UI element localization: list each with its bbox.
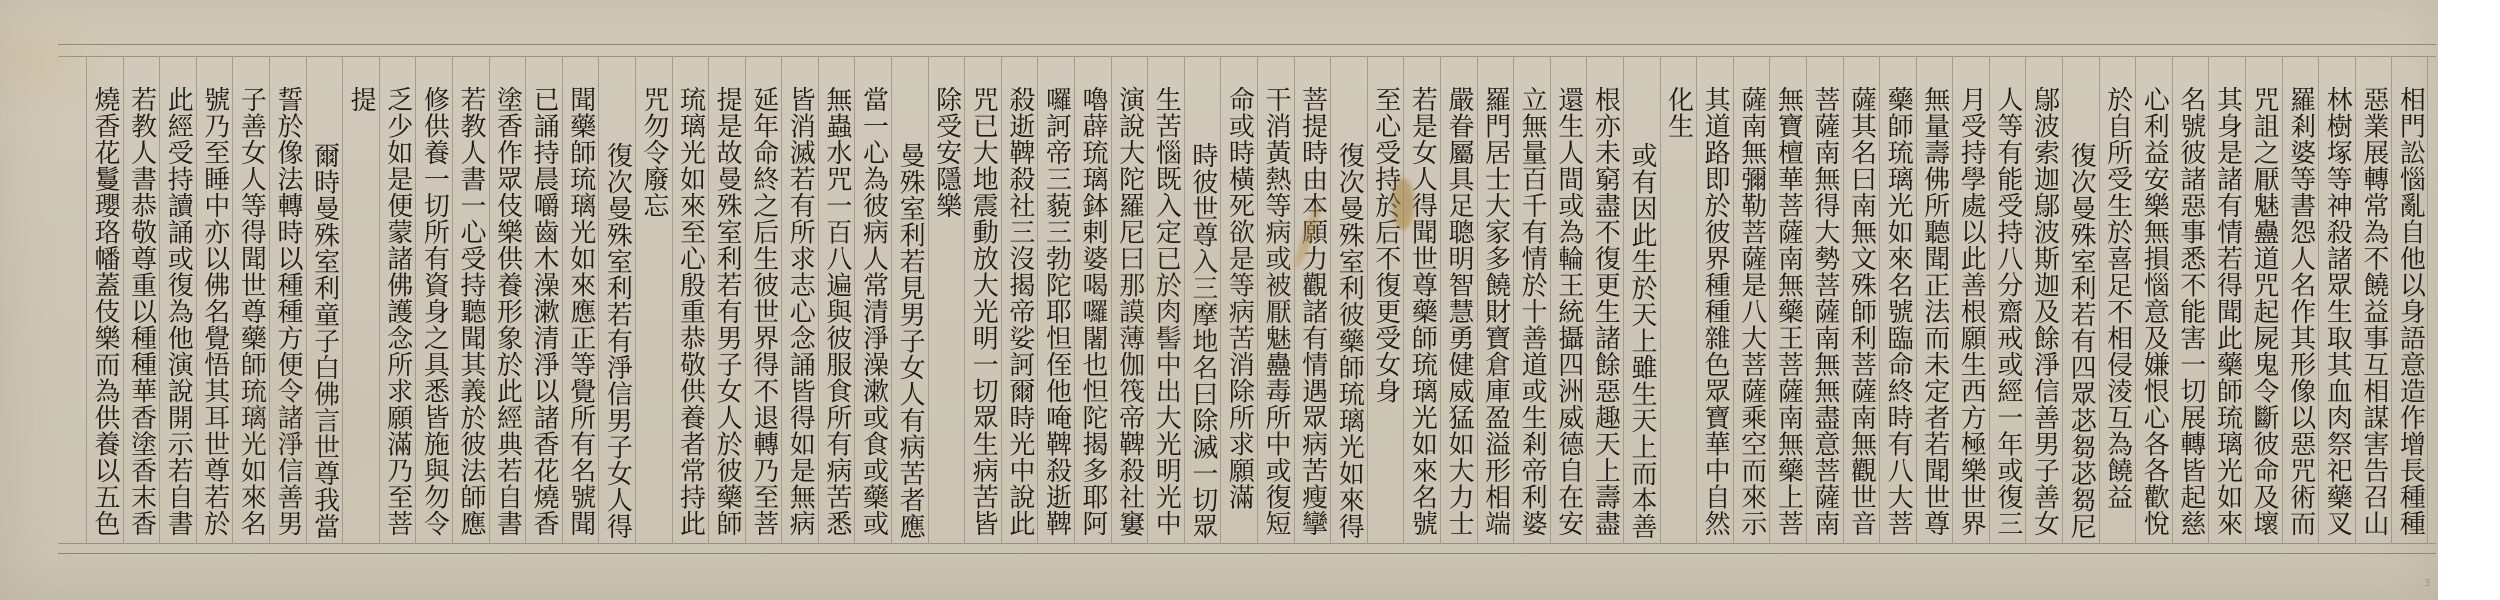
column-text: 無寶檀華菩薩南無藥王菩薩南無藥上菩 [1770, 86, 1806, 537]
text-column: 聞藥師琉璃光如來應正等覺所有名號聞 [562, 56, 599, 544]
column-text: 已誦持晨嚼齒木澡漱清淨以諸香花燒香 [526, 86, 562, 537]
column-text: 相門訟惱亂自他以身語意造作增長種種 [2392, 86, 2428, 537]
text-column: 提 [342, 56, 379, 544]
text-column: 塗香作眾伎樂供養形象於此經典若自書 [489, 56, 526, 544]
column-text: 燒香花鬘瓔珞幡蓋伎樂而為供養以五色 [87, 86, 123, 537]
column-text: 菩薩南無得大勢菩薩南無無盡意菩薩南 [1807, 86, 1843, 537]
column-text: 至心受持於后不復更受女身 [1368, 86, 1404, 404]
column-text: 命或時橫死欲是等病苦消除所求願滿 [1221, 86, 1257, 510]
page-mark: 3 [2424, 578, 2430, 589]
text-column: 或有因此生於天上雖生天上而本善 [1623, 56, 1660, 544]
column-text: 林樹塚等神殺諸眾生取其血肉祭祀藥叉 [2319, 86, 2355, 537]
manuscript-paper: 相門訟惱亂自他以身語意造作增長種種惡業展轉常為不饒益事互相謀害告召山林樹塚等神殺… [0, 0, 2438, 600]
column-text: 除受安隱樂 [929, 86, 965, 219]
text-column: 殺逝鞞殺社三沒揭帝娑訶爾時光中說此 [1001, 56, 1038, 544]
column-text: 生苦惱既入定已於肉髻中出大光明光中 [1148, 86, 1184, 537]
column-text: 當一心為彼病人常清淨澡漱或食或藥或 [855, 86, 891, 537]
text-column: 於自所受生於喜足不相侵淩互為饒益 [2099, 56, 2136, 544]
text-column: 誓於像法轉時以種種方便令諸淨信善男 [269, 56, 306, 544]
text-column: 嚴眷屬具足聰明智慧勇健威猛如大力士 [1440, 56, 1477, 544]
text-column: 除受安隱樂 [928, 56, 965, 544]
text-column: 月受持學處以此善根願生西方極樂世界 [1952, 56, 1989, 544]
text-column: 囉訶帝三藐三勃陀耶怛侄他唵鞞殺逝鞞 [1037, 56, 1074, 544]
text-column: 相門訟惱亂自他以身語意造作增長種種 [2391, 56, 2428, 544]
text-column: 至心受持於后不復更受女身 [1367, 56, 1404, 544]
column-text: 復次曼殊室利若有四眾苾芻苾芻尼 [2063, 142, 2099, 540]
column-text: 咒詛之厭魅蠱道咒起屍鬼令斷彼命及壞 [2246, 86, 2282, 537]
column-text: 號乃至睡中亦以佛名覺悟其耳世尊若於 [197, 86, 233, 537]
text-column: 咒勿令廢忘 [635, 56, 672, 544]
text-column: 薩其名曰南無文殊師利菩薩南無觀世音 [1843, 56, 1880, 544]
water-stain [1392, 178, 1414, 230]
column-text: 薩其名曰南無文殊師利菩薩南無觀世音 [1844, 86, 1880, 537]
column-text: 心利益安樂無損惱意及嫌恨心各各歡悅 [2136, 86, 2172, 537]
text-column: 林樹塚等神殺諸眾生取其血肉祭祀藥叉 [2318, 56, 2355, 544]
text-column: 菩提時由本願力觀諸有情遇眾病苦瘦攣 [1294, 56, 1331, 544]
text-column: 號乃至睡中亦以佛名覺悟其耳世尊若於 [196, 56, 233, 544]
top-border-rule-outer [58, 44, 2436, 45]
text-column: 爾時曼殊室利童子白佛言世尊我當 [306, 56, 343, 544]
text-column: 提是故曼殊室利若有男子女人於彼藥師 [708, 56, 745, 544]
ruled-frame: 相門訟惱亂自他以身語意造作增長種種惡業展轉常為不饒益事互相謀害告召山林樹塚等神殺… [58, 44, 2436, 554]
column-text: 薩南無彌勒菩薩是八大菩薩乘空而來示 [1734, 86, 1770, 537]
column-text: 咒已大地震動放大光明一切眾生病苦皆 [965, 86, 1001, 537]
text-column: 藥師琉璃光如來名號臨命終時有八大菩 [1879, 56, 1916, 544]
text-column: 立無量百千有情於十善道或生剎帝利婆 [1513, 56, 1550, 544]
text-column: 其道路即於彼界種種雜色眾寶華中自然 [1696, 56, 1733, 544]
column-text: 若教人書一心受持聽聞其義於彼法師應 [453, 86, 489, 537]
column-text: 嚴眷屬具足聰明智慧勇健威猛如大力士 [1441, 86, 1477, 537]
text-column: 羅剎婆等書怨人名作其形像以惡咒術而 [2282, 56, 2319, 544]
column-text: 藥師琉璃光如來名號臨命終時有八大菩 [1880, 86, 1916, 537]
column-text: 根亦未窮盡不復更生諸餘惡趣天上壽盡 [1587, 86, 1623, 537]
column-text: 菩提時由本願力觀諸有情遇眾病苦瘦攣 [1295, 86, 1331, 537]
column-text: 時彼世尊入三摩地名曰除滅一切眾 [1185, 142, 1221, 540]
column-text: 復次曼殊室利彼藥師琉璃光如來得 [1331, 142, 1367, 540]
column-text: 於自所受生於喜足不相侵淩互為饒益 [2100, 86, 2136, 510]
text-column: 名號彼諸惡事悉不能害一切展轉皆起慈 [2172, 56, 2209, 544]
column-text: 無量壽佛所聽聞正法而未定者若聞世尊 [1917, 86, 1953, 537]
column-text: 殺逝鞞殺社三沒揭帝娑訶爾時光中說此 [1002, 86, 1038, 537]
text-column: 咒已大地震動放大光明一切眾生病苦皆 [964, 56, 1001, 544]
column-text: 名號彼諸惡事悉不能害一切展轉皆起慈 [2173, 86, 2209, 537]
text-column: 延年命終之后生彼世界得不退轉乃至菩 [745, 56, 782, 544]
text-column: 燒香花鬘瓔珞幡蓋伎樂而為供養以五色 [86, 56, 123, 544]
column-text: 演說大陀羅尼曰那謨薄伽筏帝鞞殺社窶 [1112, 86, 1148, 537]
text-column: 干消黃熱等病或被厭魅蠱毒所中或復短 [1257, 56, 1294, 544]
column-text: 提是故曼殊室利若有男子女人於彼藥師 [709, 86, 745, 537]
column-text: 羅門居士大家多饒財寶倉庫盈溢形相端 [1478, 86, 1514, 537]
column-text: 其身是諸有情若得聞此藥師琉璃光如來 [2209, 86, 2245, 537]
text-column: 化生 [1660, 56, 1697, 544]
column-text: 聞藥師琉璃光如來應正等覺所有名號聞 [563, 86, 599, 537]
column-text: 若是女人得聞世尊藥師琉璃光如來名號 [1404, 86, 1440, 537]
text-column: 復次曼殊室利若有淨信男子女人得 [598, 56, 635, 544]
text-column: 乏少如是便蒙諸佛護念所求願滿乃至菩 [379, 56, 416, 544]
column-text: 鄔波索迦鄔波斯迦及餘淨信善男子善女 [2026, 86, 2062, 537]
column-text: 塗香作眾伎樂供養形象於此經典若自書 [490, 86, 526, 537]
text-column: 演說大陀羅尼曰那謨薄伽筏帝鞞殺社窶 [1111, 56, 1148, 544]
column-text: 月受持學處以此善根願生西方極樂世界 [1953, 86, 1989, 537]
text-column: 若教人書恭敬尊重以種種華香塗香末香 [123, 56, 160, 544]
column-text: 琉璃光如來至心殷重恭敬供養者常持此 [673, 86, 709, 537]
column-text: 曼殊室利若見男子女人有病苦者應 [892, 142, 928, 540]
text-column: 此經受持讀誦或復為他演說開示若自書 [159, 56, 196, 544]
column-text: 或有因此生於天上雖生天上而本善 [1624, 142, 1660, 540]
text-column: 無量壽佛所聽聞正法而未定者若聞世尊 [1916, 56, 1953, 544]
column-text: 人等有能受持八分齋戒或經一年或復三 [1990, 86, 2026, 537]
column-text: 若教人書恭敬尊重以種種華香塗香末香 [124, 86, 160, 537]
column-text: 干消黃熱等病或被厭魅蠱毒所中或復短 [1258, 86, 1294, 537]
column-text: 子善女人等得聞世尊藥師琉璃光如來名 [233, 86, 269, 537]
text-column: 羅門居士大家多饒財寶倉庫盈溢形相端 [1477, 56, 1514, 544]
column-text: 此經受持讀誦或復為他演說開示若自書 [160, 86, 196, 537]
text-column: 當一心為彼病人常清淨澡漱或食或藥或 [854, 56, 891, 544]
text-column: 人等有能受持八分齋戒或經一年或復三 [1989, 56, 2026, 544]
column-text: 還生人間或為輪王統攝四洲威德自在安 [1551, 86, 1587, 537]
column-text: 延年命終之后生彼世界得不退轉乃至菩 [746, 86, 782, 537]
column-text: 修供養一切所有資身之具悉皆施與勿令 [416, 86, 452, 537]
column-text: 立無量百千有情於十善道或生剎帝利婆 [1514, 86, 1550, 537]
bottom-border-rule-outer [58, 553, 2436, 554]
text-column: 生苦惱既入定已於肉髻中出大光明光中 [1147, 56, 1184, 544]
text-column: 修供養一切所有資身之具悉皆施與勿令 [415, 56, 452, 544]
column-text: 復次曼殊室利若有淨信男子女人得 [599, 142, 635, 540]
column-text: 化生 [1661, 86, 1697, 139]
column-text: 囉訶帝三藐三勃陀耶怛侄他唵鞞殺逝鞞 [1038, 86, 1074, 537]
text-column: 命或時橫死欲是等病苦消除所求願滿 [1220, 56, 1257, 544]
text-column: 薩南無彌勒菩薩是八大菩薩乘空而來示 [1733, 56, 1770, 544]
text-column: 已誦持晨嚼齒木澡漱清淨以諸香花燒香 [525, 56, 562, 544]
text-column: 嚕薜琉璃鉢剌婆喝囉闍也怛陀揭多耶阿 [1074, 56, 1111, 544]
column-text: 羅剎婆等書怨人名作其形像以惡咒術而 [2283, 86, 2319, 537]
column-text: 惡業展轉常為不饒益事互相謀害告召山 [2356, 86, 2392, 537]
text-column: 根亦未窮盡不復更生諸餘惡趣天上壽盡 [1586, 56, 1623, 544]
text-column: 時彼世尊入三摩地名曰除滅一切眾 [1184, 56, 1221, 544]
text-column: 曼殊室利若見男子女人有病苦者應 [891, 56, 928, 544]
column-text: 嚕薜琉璃鉢剌婆喝囉闍也怛陀揭多耶阿 [1075, 86, 1111, 537]
column-text: 誓於像法轉時以種種方便令諸淨信善男 [270, 86, 306, 537]
text-column: 皆消滅若有所求志心念誦皆得如是無病 [781, 56, 818, 544]
text-column: 惡業展轉常為不饒益事互相謀害告召山 [2355, 56, 2392, 544]
column-text: 咒勿令廢忘 [636, 86, 672, 219]
text-column: 心利益安樂無損惱意及嫌恨心各各歡悅 [2135, 56, 2172, 544]
text-column: 鄔波索迦鄔波斯迦及餘淨信善男子善女 [2025, 56, 2062, 544]
text-column: 還生人間或為輪王統攝四洲威德自在安 [1550, 56, 1587, 544]
text-column: 子善女人等得聞世尊藥師琉璃光如來名 [232, 56, 269, 544]
text-column: 菩薩南無得大勢菩薩南無無盡意菩薩南 [1806, 56, 1843, 544]
text-column: 無寶檀華菩薩南無藥王菩薩南無藥上菩 [1769, 56, 1806, 544]
text-column: 若是女人得聞世尊藥師琉璃光如來名號 [1403, 56, 1440, 544]
column-text: 皆消滅若有所求志心念誦皆得如是無病 [782, 86, 818, 537]
column-text: 乏少如是便蒙諸佛護念所求願滿乃至菩 [380, 86, 416, 537]
text-column: 無蟲水咒一百八遍與彼服食所有病苦悉 [818, 56, 855, 544]
column-text: 其道路即於彼界種種雜色眾寶華中自然 [1697, 86, 1733, 537]
text-column: 咒詛之厭魅蠱道咒起屍鬼令斷彼命及壞 [2245, 56, 2282, 544]
text-columns: 相門訟惱亂自他以身語意造作增長種種惡業展轉常為不饒益事互相謀害告召山林樹塚等神殺… [86, 56, 2428, 544]
text-column: 若教人書一心受持聽聞其義於彼法師應 [452, 56, 489, 544]
text-column: 復次曼殊室利若有四眾苾芻苾芻尼 [2062, 56, 2099, 544]
text-column: 復次曼殊室利彼藥師琉璃光如來得 [1330, 56, 1367, 544]
column-text: 爾時曼殊室利童子白佛言世尊我當 [307, 142, 343, 540]
text-column: 琉璃光如來至心殷重恭敬供養者常持此 [672, 56, 709, 544]
column-text: 無蟲水咒一百八遍與彼服食所有病苦悉 [819, 86, 855, 537]
text-column: 其身是諸有情若得聞此藥師琉璃光如來 [2208, 56, 2245, 544]
column-text: 提 [343, 86, 379, 113]
